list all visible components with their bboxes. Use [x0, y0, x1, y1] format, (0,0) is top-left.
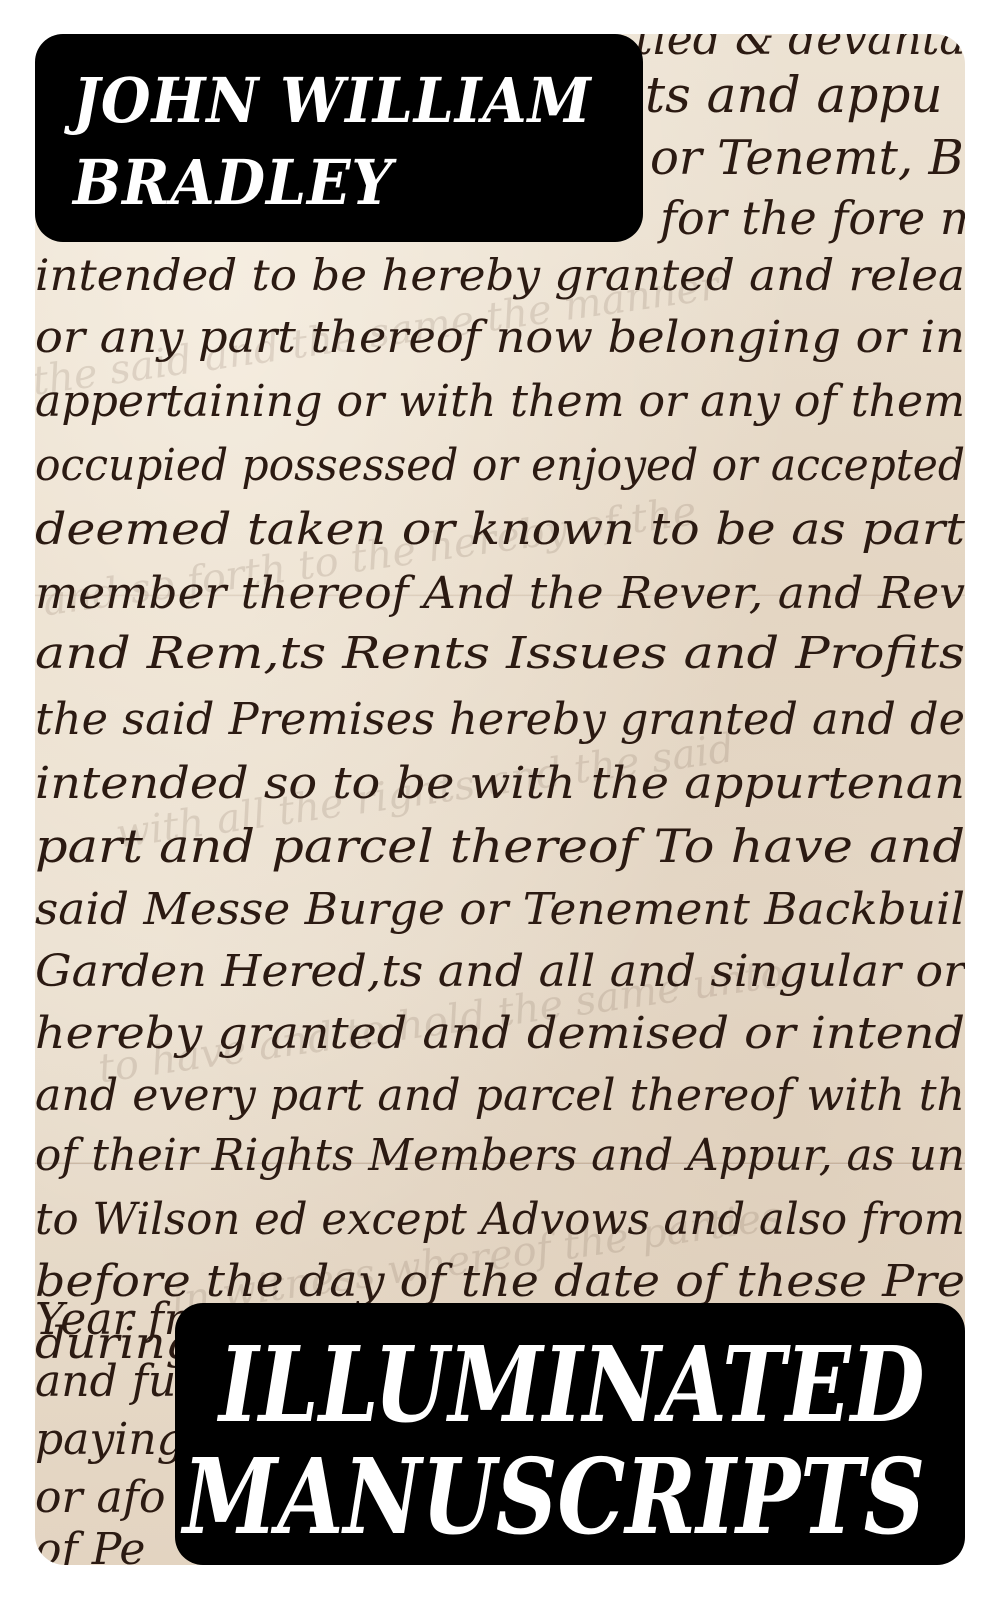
manuscript-line: for the fore mi: [657, 191, 965, 245]
manuscript-line: tied & devanta: [635, 34, 965, 65]
manuscript-line: occupied possessed or enjoyed or accepte…: [35, 440, 965, 491]
manuscript-line: part and parcel thereof To have and: [35, 819, 965, 873]
manuscript-line: to Wilson ed except Advows and also from: [35, 1194, 965, 1245]
author-name-line-1: JOHN WILLIAM: [73, 70, 592, 132]
book-title-line-2: MANUSCRIPTS: [183, 1445, 925, 1549]
manuscript-line: intended so to be with the appurtenan: [35, 758, 965, 809]
manuscript-line: intended to be hereby granted and relea: [35, 251, 965, 301]
manuscript-line: of Pe: [35, 1524, 145, 1565]
manuscript-line: Year fr: [35, 1294, 188, 1345]
manuscript-line: or Tenemt, Bo: [650, 130, 965, 186]
manuscript-line: or any part thereof now belonging or in: [35, 312, 965, 363]
author-name-line-2: BRADLEY: [73, 152, 393, 214]
author-label: JOHN WILLIAM BRADLEY: [35, 34, 643, 242]
manuscript-line: of their Rights Members and Appur, as un: [35, 1130, 965, 1181]
manuscript-line: member thereof And the Rever, and Rev: [35, 568, 965, 619]
manuscript-line: appertaining or with them or any of them: [35, 376, 965, 427]
manuscript-line: and fu: [35, 1356, 176, 1407]
manuscript-line: Garden Hered,ts and all and singular or: [35, 946, 965, 997]
manuscript-line: hereby granted and demised or intend: [35, 1008, 965, 1059]
manuscript-line: said Messe Burge or Tenement Backbuil: [35, 884, 965, 935]
book-title-line-1: ILLUMINATED: [219, 1333, 925, 1437]
manuscript-line: paying: [35, 1414, 185, 1465]
title-label: ILLUMINATED MANUSCRIPTS: [175, 1303, 965, 1565]
manuscript-line: or afo: [35, 1472, 166, 1523]
manuscript-line: and Rem,ts Rents Issues and Profits: [35, 628, 965, 679]
manuscript-line: deemed taken or known to be as part: [35, 504, 965, 555]
manuscript-line: and every part and parcel thereof with t…: [35, 1070, 965, 1121]
manuscript-line: ts and appu: [645, 66, 943, 124]
manuscript-line: the said Premises hereby granted and de: [35, 694, 965, 745]
